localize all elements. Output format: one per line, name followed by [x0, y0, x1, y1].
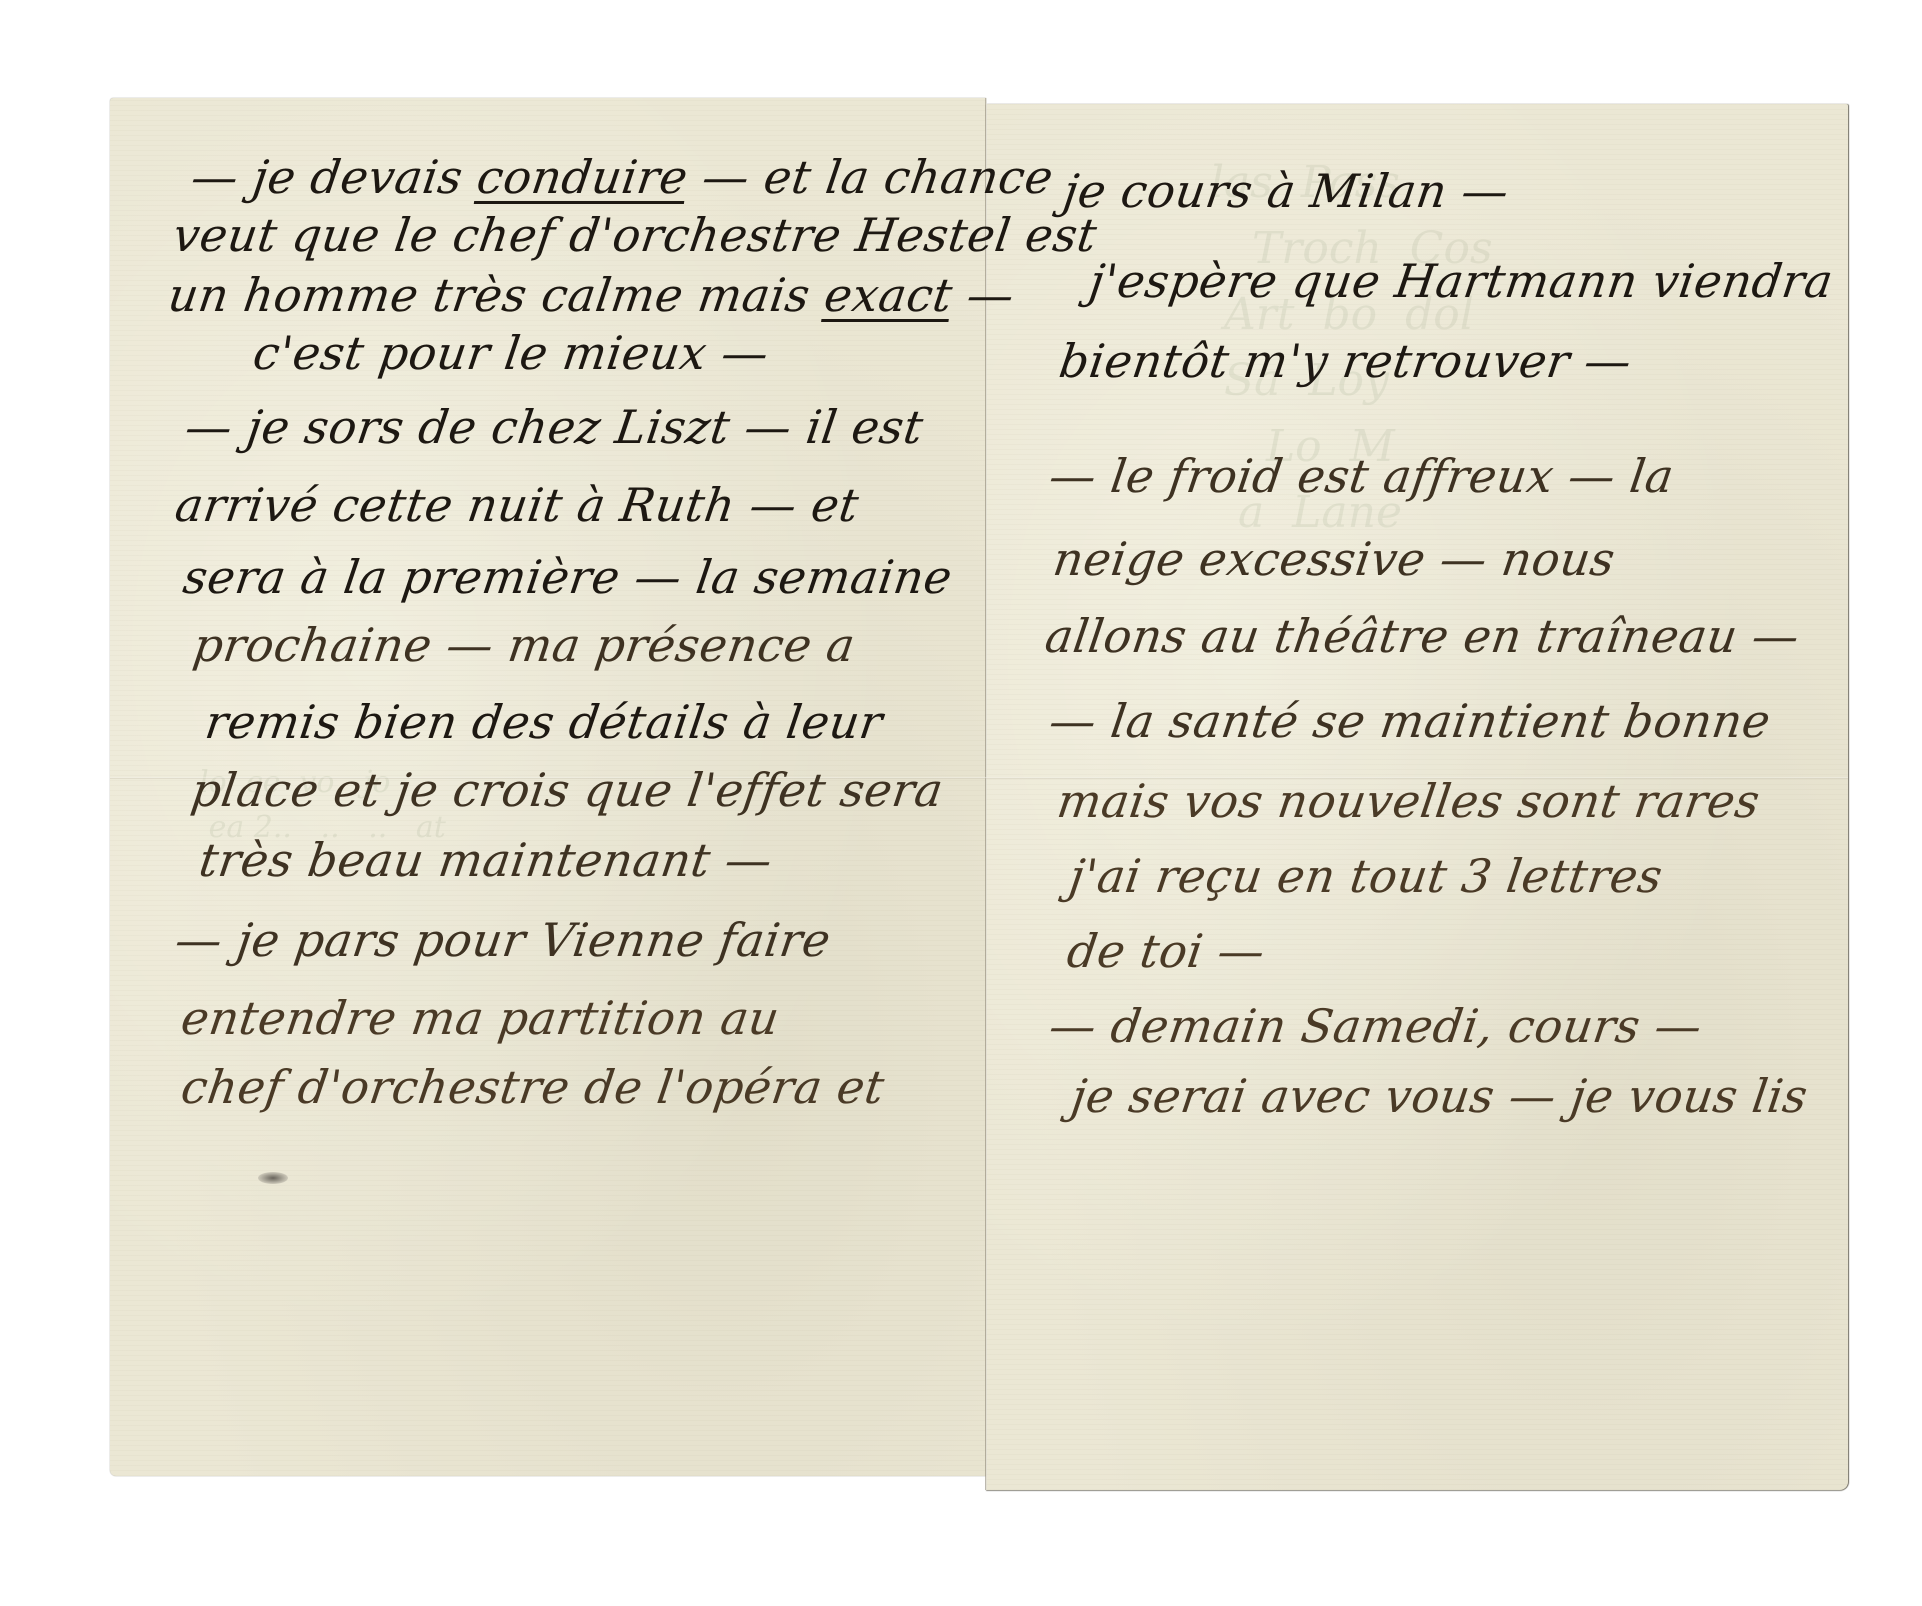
right-line-9: j'ai reçu en tout 3 lettres: [1066, 849, 1666, 903]
left-line-5: — je sors de chez Liszt — il est: [182, 400, 927, 454]
right-line-12: je serai avec vous — je vous lis: [1068, 1069, 1811, 1123]
left-line-14: chef d'orchestre de l'opéra et: [178, 1060, 888, 1114]
left-line-10: place et je crois que l'effet sera: [188, 763, 947, 817]
right-line-8: mais vos nouvelles sont rares: [1054, 774, 1763, 828]
right-page: je cours à Milan — j'espère que Hartmann…: [986, 104, 1848, 1490]
left-line-8: prochaine — ma présence a: [190, 618, 859, 672]
right-line-7: — la santé se maintient bonne: [1046, 694, 1774, 748]
right-line-3: bientôt m'y retrouver —: [1056, 334, 1635, 388]
right-line-11: — demain Samedi, cours —: [1046, 999, 1705, 1053]
left-line-4: c'est pour le mieux —: [250, 326, 772, 380]
left-page: — je devais conduire — et la chance veut…: [110, 98, 986, 1476]
right-line-5: neige excessive — nous: [1050, 532, 1619, 586]
left-line-2: veut que le chef d'orchestre Hestel est: [170, 208, 1100, 262]
left-line-6: arrivé cette nuit à Ruth — et: [172, 478, 862, 532]
right-line-1: je cours à Milan —: [1060, 164, 1512, 218]
left-line-11: très beau maintenant —: [196, 833, 776, 887]
right-line-6: allons au théâtre en traîneau —: [1042, 609, 1803, 663]
underlined-word: exact: [821, 268, 956, 322]
underlined-word: conduire: [474, 150, 692, 204]
left-line-3: un homme très calme mais exact —: [165, 268, 1018, 322]
left-line-1: — je devais conduire — et la chance: [188, 150, 1057, 204]
left-line-13: entendre ma partition au: [178, 991, 783, 1045]
right-line-4: — le froid est affreux — la: [1046, 449, 1677, 503]
left-line-12: — je pars pour Vienne faire: [172, 913, 834, 967]
right-line-10: de toi —: [1064, 924, 1268, 978]
right-line-2: j'espère que Hartmann viendra: [1086, 254, 1837, 308]
left-line-7: sera à la première — la semaine: [180, 550, 956, 604]
left-line-9: remis bien des détails à leur: [202, 695, 886, 749]
